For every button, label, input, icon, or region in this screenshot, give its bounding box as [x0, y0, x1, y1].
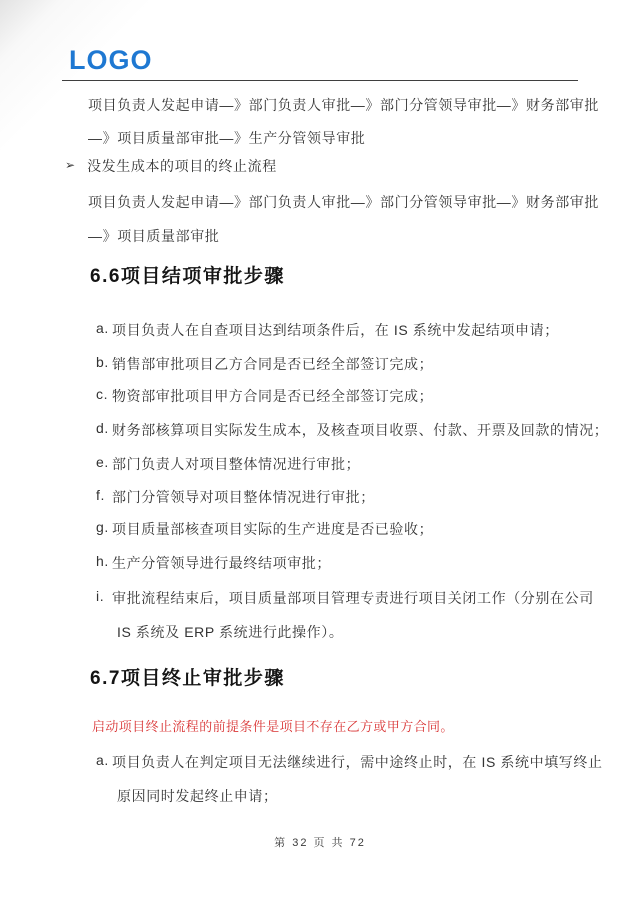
item-text: 审批流程结束后，项目质量部项目管理专责进行项目关闭工作（分别在公司: [112, 588, 594, 608]
list-item: d. 财务部核算项目实际发生成本，及核查项目收票、付款、开票及回款的情况；: [96, 420, 608, 440]
approval-flow-line: —》项目质量部审批: [88, 226, 219, 246]
item-text: 物资部审批项目甲方合同是否已经全部签订完成；: [112, 386, 433, 406]
list-item: h. 生产分管领导进行最终结项审批；: [96, 553, 331, 573]
section-heading-6-6: 6.6项目结项审批步骤: [90, 261, 285, 288]
item-text: 生产分管领导进行最终结项审批；: [112, 553, 331, 573]
arrow-bullet-icon: ➢: [65, 156, 75, 174]
list-item: g. 项目质量部核查项目实际的生产进度是否已验收；: [96, 519, 433, 539]
item-text: 部门负责人对项目整体情况进行审批；: [112, 454, 360, 474]
list-item: e. 部门负责人对项目整体情况进行审批；: [96, 454, 360, 474]
item-text: 销售部审批项目乙方合同是否已经全部签订完成；: [112, 354, 433, 374]
company-logo: LOGO: [69, 45, 153, 76]
item-label: h.: [96, 553, 112, 573]
approval-flow-line: —》项目质量部审批—》生产分管领导审批: [88, 128, 365, 148]
list-item: i. 审批流程结束后，项目质量部项目管理专责进行项目关闭工作（分别在公司: [96, 588, 594, 608]
item-label: a.: [96, 320, 112, 340]
approval-flow-line: 项目负责人发起申请—》部门负责人审批—》部门分管领导审批—》财务部审批: [88, 95, 599, 115]
document-page: LOGO 项目负责人发起申请—》部门负责人审批—》部门分管领导审批—》财务部审批…: [0, 0, 640, 906]
precondition-note: 启动项目终止流程的前提条件是项目不存在乙方或甲方合同。: [92, 716, 454, 735]
item-text: 项目质量部核查项目实际的生产进度是否已验收；: [112, 519, 433, 539]
page-number-footer: 第 32 页 共 72: [0, 834, 640, 850]
item-text: 项目负责人在判定项目无法继续进行，需中途终止时，在 IS 系统中填写终止: [112, 752, 603, 772]
item-label: b.: [96, 354, 112, 374]
item-text: 财务部核算项目实际发生成本，及核查项目收票、付款、开票及回款的情况；: [112, 420, 608, 440]
item-label: d.: [96, 420, 112, 440]
section-heading-6-7: 6.7项目终止审批步骤: [90, 663, 285, 690]
approval-flow-line: 项目负责人发起申请—》部门负责人审批—》部门分管领导审批—》财务部审批: [88, 192, 599, 212]
item-text: 项目负责人在自查项目达到结项条件后，在 IS 系统中发起结项申请；: [112, 320, 559, 340]
list-item: f. 部门分管领导对项目整体情况进行审批；: [96, 487, 375, 507]
item-text-continuation: IS 系统及 ERP 系统进行此操作）。: [117, 622, 343, 642]
item-label: e.: [96, 454, 112, 474]
list-item: a. 项目负责人在自查项目达到结项条件后，在 IS 系统中发起结项申请；: [96, 320, 559, 340]
item-text: 部门分管领导对项目整体情况进行审批；: [112, 487, 375, 507]
item-text-continuation: 原因同时发起终止申请；: [117, 786, 278, 806]
item-label: c.: [96, 386, 112, 406]
list-item: a. 项目负责人在判定项目无法继续进行，需中途终止时，在 IS 系统中填写终止: [96, 752, 603, 772]
list-item: b. 销售部审批项目乙方合同是否已经全部签订完成；: [96, 354, 433, 374]
item-label: i.: [96, 588, 112, 608]
item-label: a.: [96, 752, 112, 772]
item-label: f.: [96, 487, 112, 507]
header-divider: [62, 80, 578, 81]
item-label: g.: [96, 519, 112, 539]
bullet-text: 没发生成本的项目的终止流程: [87, 156, 277, 176]
list-item: c. 物资部审批项目甲方合同是否已经全部签订完成；: [96, 386, 433, 406]
